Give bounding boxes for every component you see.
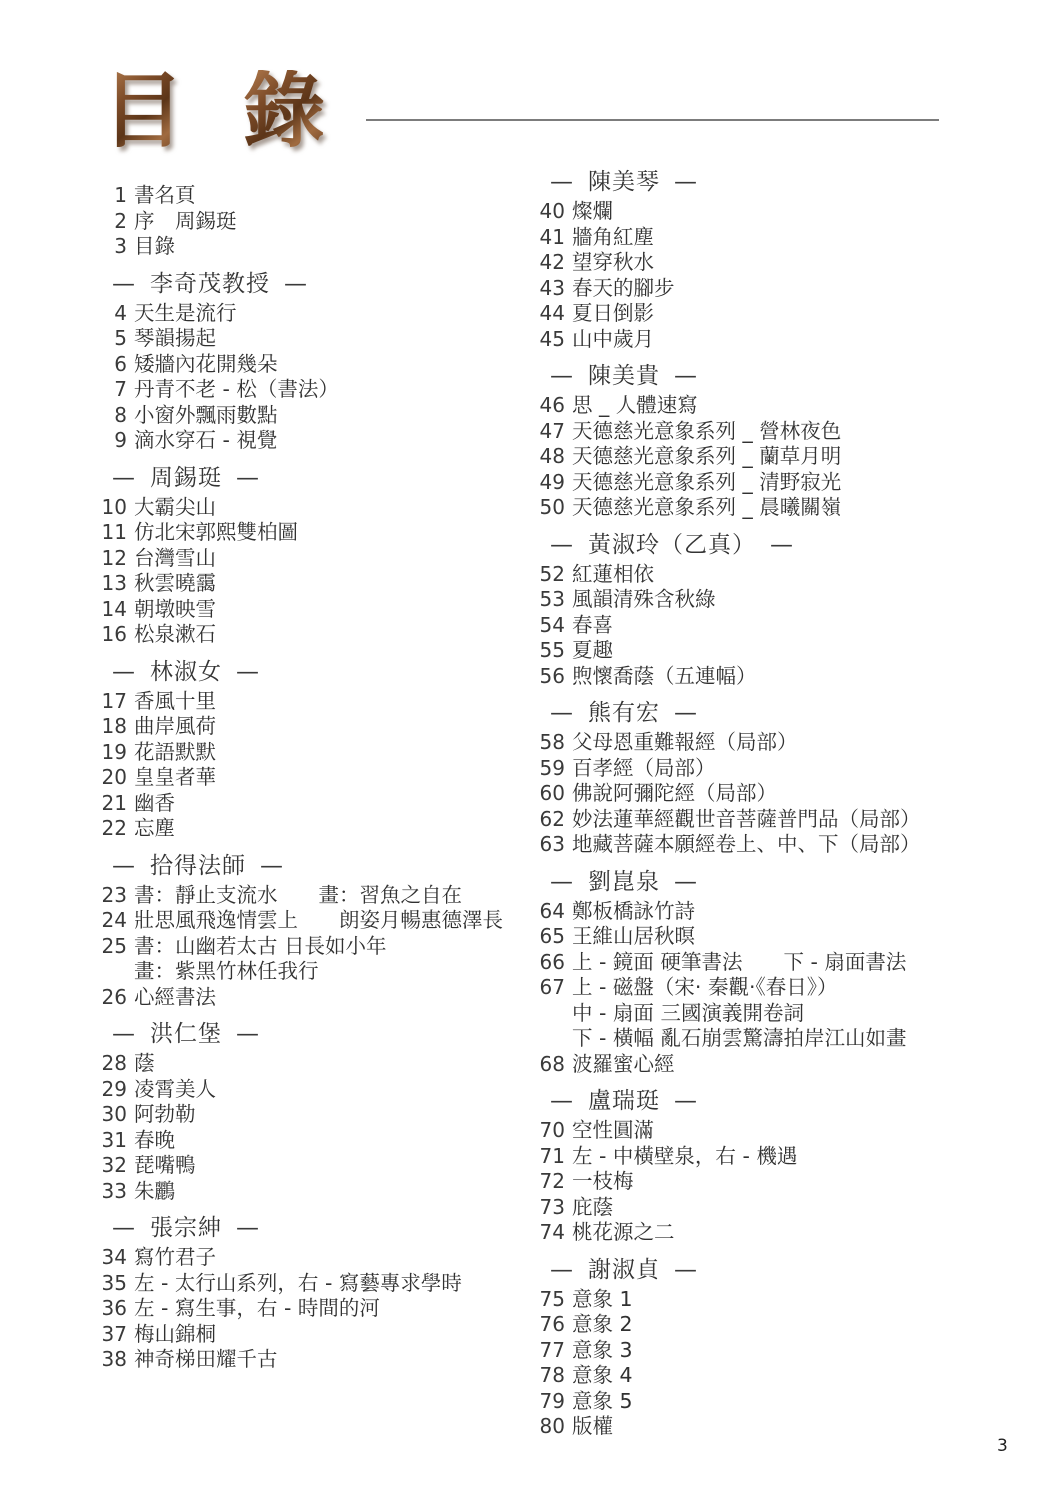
entry-title-line: 意象 4	[572, 1363, 1012, 1389]
toc-entry: 4天生是流行	[100, 301, 548, 327]
toc-entry: 5琴韻揚起	[100, 326, 548, 352]
entry-title-line: 意象 2	[572, 1312, 1012, 1338]
entry-title-line: 意象 3	[572, 1338, 1012, 1364]
entry-page-number: 22	[100, 816, 127, 842]
entry-title: 序 周錫珽	[134, 209, 548, 235]
toc-entry: 16松泉漱石	[100, 622, 548, 648]
entry-title: 琴韻揚起	[134, 326, 548, 352]
entry-page-number: 56	[538, 664, 565, 690]
entry-title: 琵嘴鴨	[134, 1153, 548, 1179]
entry-title: 天德慈光意象系列 _ 清野寂光	[572, 470, 1012, 496]
entry-title: 天生是流行	[134, 301, 548, 327]
entry-title: 台灣雪山	[134, 546, 548, 572]
entry-title-line: 台灣雪山	[134, 546, 548, 572]
entry-title-line: 朝墩映雪	[134, 597, 548, 623]
section-artist-name: 李奇茂教授	[150, 271, 270, 298]
entry-title: 阿勃勒	[134, 1102, 548, 1128]
entry-title: 風韻清殊含秋綠	[572, 587, 1012, 613]
toc-entry: 9滴水穿石 - 視覺	[100, 428, 548, 454]
entry-title-line: 書：山幽若太古 日長如小年	[134, 934, 548, 960]
toc-entry: 38神奇梯田耀千古	[100, 1347, 548, 1373]
title-char-mu: 目	[102, 70, 184, 152]
toc-entry: 41牆角紅塵	[538, 225, 1012, 251]
section-heading: —洪仁堡—	[112, 1021, 548, 1048]
toc-entry: 66上 - 鏡面 硬筆書法 下 - 扇面書法	[538, 950, 1012, 976]
entry-page-number: 2	[100, 209, 127, 235]
entry-title-line: 紅蓮相依	[572, 562, 1012, 588]
entry-title: 丹青不老 - 松（書法）	[134, 377, 548, 403]
entry-page-number: 14	[100, 597, 127, 623]
heading-dash-right: —	[260, 853, 284, 880]
toc-entry: 78意象 4	[538, 1363, 1012, 1389]
section-heading: —謝淑貞—	[550, 1257, 1012, 1284]
section-artist-name: 熊有宏	[588, 700, 660, 727]
entry-page-number: 49	[538, 470, 565, 496]
entry-title: 夏日倒影	[572, 301, 1012, 327]
entry-title-line: 秋雲曉靄	[134, 571, 548, 597]
toc-entry: 2序 周錫珽	[100, 209, 548, 235]
entry-title-line: 中 - 扇面 三國演義開卷詞	[572, 1001, 1012, 1027]
entry-title-line: 曲岸風荷	[134, 714, 548, 740]
entry-page-number: 41	[538, 225, 565, 251]
toc-entry: 33朱鸝	[100, 1179, 548, 1205]
entry-title: 意象 1	[572, 1287, 1012, 1313]
toc-entry: 32琵嘴鴨	[100, 1153, 548, 1179]
entry-title-line: 左 - 太行山系列，右 - 寫藝專求學時	[134, 1271, 548, 1297]
entry-title-line: 琵嘴鴨	[134, 1153, 548, 1179]
entry-title-line: 天德慈光意象系列 _ 清野寂光	[572, 470, 1012, 496]
section-artist-name: 盧瑞珽	[588, 1088, 660, 1115]
entry-page-number: 20	[100, 765, 127, 791]
section-artist-name: 黃淑玲（乙真）	[588, 532, 756, 559]
toc-entry: 18曲岸風荷	[100, 714, 548, 740]
entry-title: 仿北宋郭熙雙柏圖	[134, 520, 548, 546]
entry-page-number: 8	[100, 403, 127, 429]
entry-page-number: 72	[538, 1169, 565, 1195]
toc-entry: 64鄭板橋詠竹詩	[538, 899, 1012, 925]
entry-title-line: 阿勃勒	[134, 1102, 548, 1128]
section-artist-name: 張宗紳	[150, 1215, 222, 1242]
entry-title: 梅山錦桐	[134, 1322, 548, 1348]
section-artist-name: 陳美貴	[588, 363, 660, 390]
toc-entry: 67上 - 磁盤（宋· 秦觀·《春日》）中 - 扇面 三國演義開卷詞下 - 橫幅…	[538, 975, 1012, 1052]
entry-title-line: 朱鸝	[134, 1179, 548, 1205]
section-artist-name: 謝淑貞	[588, 1257, 660, 1284]
section-artist-name: 周錫珽	[150, 465, 222, 492]
toc-entry: 45山中歲月	[538, 327, 1012, 353]
entry-page-number: 66	[538, 950, 565, 976]
entry-title: 矮牆內花開幾朵	[134, 352, 548, 378]
entry-title: 意象 5	[572, 1389, 1012, 1415]
heading-dash-left: —	[550, 869, 574, 896]
entry-page-number: 23	[100, 883, 127, 909]
heading-dash-right: —	[236, 1215, 260, 1242]
entry-title: 版權	[572, 1414, 1012, 1440]
entry-title-line: 波羅蜜心經	[572, 1052, 1012, 1078]
entry-title: 松泉漱石	[134, 622, 548, 648]
heading-dash-right: —	[674, 700, 698, 727]
entry-title: 目錄	[134, 234, 548, 260]
entry-title-line: 書：靜止支流水 畫：習魚之自在	[134, 883, 548, 909]
entry-title-line: 春晚	[134, 1128, 548, 1154]
entry-title: 一枝梅	[572, 1169, 1012, 1195]
toc-entry: 29凌霄美人	[100, 1077, 548, 1103]
entry-title-line: 忘塵	[134, 816, 548, 842]
title-char-lu: 錄	[243, 70, 325, 152]
toc-section: —李奇茂教授—4天生是流行5琴韻揚起6矮牆內花開幾朵7丹青不老 - 松（書法）8…	[100, 271, 548, 454]
entry-title-line: 庇蔭	[572, 1195, 1012, 1221]
entry-title: 壯思風飛逸情雲上 朗姿月暢惠德澤長	[134, 908, 548, 934]
entry-title: 鄭板橋詠竹詩	[572, 899, 1012, 925]
toc-entry: 70空性圓滿	[538, 1118, 1012, 1144]
toc-entry: 52紅蓮相依	[538, 562, 1012, 588]
toc-entry: 7丹青不老 - 松（書法）	[100, 377, 548, 403]
entry-page-number: 80	[538, 1414, 565, 1440]
entry-title: 曲岸風荷	[134, 714, 548, 740]
section-heading: —周錫珽—	[112, 465, 548, 492]
entry-title-line: 書名頁	[134, 183, 548, 209]
entry-page-number: 21	[100, 791, 127, 817]
entry-title: 蔭	[134, 1051, 548, 1077]
entry-page-number: 1	[100, 183, 127, 209]
entry-title: 山中歲月	[572, 327, 1012, 353]
entry-page-number: 78	[538, 1363, 565, 1389]
entry-title-line: 壯思風飛逸情雲上 朗姿月暢惠德澤長	[134, 908, 548, 934]
entry-title-line: 版權	[572, 1414, 1012, 1440]
toc-entry: 10大霸尖山	[100, 495, 548, 521]
toc-entry: 17香風十里	[100, 689, 548, 715]
entry-title: 百孝經（局部）	[572, 756, 1012, 782]
entry-title-line: 皇皇者華	[134, 765, 548, 791]
entry-title: 幽香	[134, 791, 548, 817]
entry-title-line: 風韻清殊含秋綠	[572, 587, 1012, 613]
toc-entry: 14朝墩映雪	[100, 597, 548, 623]
entry-title: 煦懷喬蔭（五連幅）	[572, 664, 1012, 690]
toc-section: —陳美貴—46思 _ 人體速寫47天德慈光意象系列 _ 營林夜色48天德慈光意象…	[538, 363, 1012, 521]
heading-dash-right: —	[674, 169, 698, 196]
entry-title-line: 大霸尖山	[134, 495, 548, 521]
entry-title: 春喜	[572, 613, 1012, 639]
toc-entry: 24壯思風飛逸情雲上 朗姿月暢惠德澤長	[100, 908, 548, 934]
toc-entry: 60佛說阿彌陀經（局部）	[538, 781, 1012, 807]
section-heading: —陳美貴—	[550, 363, 1012, 390]
entry-title-line: 寫竹君子	[134, 1245, 548, 1271]
toc-entry: 48天德慈光意象系列 _ 蘭草月明	[538, 444, 1012, 470]
entry-title: 天德慈光意象系列 _ 蘭草月明	[572, 444, 1012, 470]
entry-page-number: 7	[100, 377, 127, 403]
toc-entry: 76意象 2	[538, 1312, 1012, 1338]
toc-section: —劉崑泉—64鄭板橋詠竹詩65王維山居秋暝66上 - 鏡面 硬筆書法 下 - 扇…	[538, 869, 1012, 1078]
entry-title-line: 梅山錦桐	[134, 1322, 548, 1348]
entry-title-line: 滴水穿石 - 視覺	[134, 428, 548, 454]
entry-title: 春晚	[134, 1128, 548, 1154]
entry-title-line: 一枝梅	[572, 1169, 1012, 1195]
toc-section: —熊有宏—58父母恩重難報經（局部）59百孝經（局部）60佛說阿彌陀經（局部）6…	[538, 700, 1012, 858]
entry-title-line: 意象 5	[572, 1389, 1012, 1415]
section-heading: —拾得法師—	[112, 853, 548, 880]
entry-page-number: 40	[538, 199, 565, 225]
entry-title-line: 小窗外飄雨數點	[134, 403, 548, 429]
entry-title: 上 - 磁盤（宋· 秦觀·《春日》）中 - 扇面 三國演義開卷詞下 - 橫幅 亂…	[572, 975, 1012, 1052]
section-artist-name: 陳美琴	[588, 169, 660, 196]
heading-dash-left: —	[112, 1021, 136, 1048]
entry-page-number: 18	[100, 714, 127, 740]
entry-page-number: 19	[100, 740, 127, 766]
entry-page-number: 59	[538, 756, 565, 782]
entry-title: 意象 4	[572, 1363, 1012, 1389]
toc-section: —洪仁堡—28蔭29凌霄美人30阿勃勒31春晚32琵嘴鴨33朱鸝	[100, 1021, 548, 1204]
entry-title: 皇皇者華	[134, 765, 548, 791]
toc-column-right: —陳美琴—40燦爛41牆角紅塵42望穿秋水43春天的腳步44夏日倒影45山中歲月…	[538, 158, 1012, 1440]
entry-title: 左 - 寫生事，右 - 時間的河	[134, 1296, 548, 1322]
entry-title-line: 王維山居秋暝	[572, 924, 1012, 950]
entry-page-number: 73	[538, 1195, 565, 1221]
entry-title: 春天的腳步	[572, 276, 1012, 302]
toc-entry: 43春天的腳步	[538, 276, 1012, 302]
entry-page-number: 11	[100, 520, 127, 546]
entry-page-number: 36	[100, 1296, 127, 1322]
section-heading: —盧瑞珽—	[550, 1088, 1012, 1115]
entry-title-line: 仿北宋郭熙雙柏圖	[134, 520, 548, 546]
heading-dash-right: —	[284, 271, 308, 298]
toc-section: —林淑女—17香風十里18曲岸風荷19花語默默20皇皇者華21幽香22忘塵	[100, 659, 548, 842]
entry-title: 滴水穿石 - 視覺	[134, 428, 548, 454]
entry-title: 上 - 鏡面 硬筆書法 下 - 扇面書法	[572, 950, 1012, 976]
entry-title-line: 春喜	[572, 613, 1012, 639]
entry-title-line: 山中歲月	[572, 327, 1012, 353]
entry-title: 小窗外飄雨數點	[134, 403, 548, 429]
toc-section: —黃淑玲（乙真）—52紅蓮相依53風韻清殊含秋綠54春喜55夏趣56煦懷喬蔭（五…	[538, 532, 1012, 690]
toc-entry: 1書名頁	[100, 183, 548, 209]
entry-page-number: 53	[538, 587, 565, 613]
toc-entry: 54春喜	[538, 613, 1012, 639]
entry-title-line: 花語默默	[134, 740, 548, 766]
entry-title: 心經書法	[134, 985, 548, 1011]
entry-title-line: 矮牆內花開幾朵	[134, 352, 548, 378]
entry-page-number: 74	[538, 1220, 565, 1246]
section-heading: —黃淑玲（乙真）—	[550, 532, 1012, 559]
section-artist-name: 拾得法師	[150, 853, 246, 880]
entry-page-number: 55	[538, 638, 565, 664]
entry-title-line: 百孝經（局部）	[572, 756, 1012, 782]
toc-entry: 44夏日倒影	[538, 301, 1012, 327]
toc-entry: 77意象 3	[538, 1338, 1012, 1364]
entry-page-number: 3	[100, 234, 127, 260]
section-artist-name: 洪仁堡	[150, 1021, 222, 1048]
entry-title: 天德慈光意象系列 _ 營林夜色	[572, 419, 1012, 445]
entry-page-number: 76	[538, 1312, 565, 1338]
entry-page-number: 46	[538, 393, 565, 419]
toc-entry: 25書：山幽若太古 日長如小年畫：紫黑竹林任我行	[100, 934, 548, 985]
entry-page-number: 13	[100, 571, 127, 597]
toc-section: —陳美琴—40燦爛41牆角紅塵42望穿秋水43春天的腳步44夏日倒影45山中歲月	[538, 169, 1012, 352]
heading-dash-left: —	[112, 271, 136, 298]
entry-title-line: 左 - 中橫壁泉，右 - 機遇	[572, 1144, 1012, 1170]
entry-page-number: 70	[538, 1118, 565, 1144]
entry-page-number: 77	[538, 1338, 565, 1364]
section-heading: —劉崑泉—	[550, 869, 1012, 896]
toc-entry: 11仿北宋郭熙雙柏圖	[100, 520, 548, 546]
entry-page-number: 16	[100, 622, 127, 648]
toc-entry: 3目錄	[100, 234, 548, 260]
entry-page-number: 63	[538, 832, 565, 858]
entry-page-number: 52	[538, 562, 565, 588]
toc-entry: 28蔭	[100, 1051, 548, 1077]
entry-title-line: 凌霄美人	[134, 1077, 548, 1103]
toc-entry: 47天德慈光意象系列 _ 營林夜色	[538, 419, 1012, 445]
entry-title-line: 煦懷喬蔭（五連幅）	[572, 664, 1012, 690]
entry-page-number: 37	[100, 1322, 127, 1348]
entry-page-number: 4	[100, 301, 127, 327]
entry-page-number: 10	[100, 495, 127, 521]
entry-title-line: 地藏菩薩本願經卷上、中、下（局部）	[572, 832, 1012, 858]
entry-page-number: 65	[538, 924, 565, 950]
section-artist-name: 林淑女	[150, 659, 222, 686]
toc-entry: 65王維山居秋暝	[538, 924, 1012, 950]
heading-dash-left: —	[112, 853, 136, 880]
entry-title: 牆角紅塵	[572, 225, 1012, 251]
entry-title: 意象 2	[572, 1312, 1012, 1338]
entry-title: 香風十里	[134, 689, 548, 715]
heading-dash-right: —	[236, 659, 260, 686]
heading-dash-left: —	[550, 1088, 574, 1115]
entry-title: 紅蓮相依	[572, 562, 1012, 588]
entry-title-line: 天德慈光意象系列 _ 蘭草月明	[572, 444, 1012, 470]
entry-page-number: 44	[538, 301, 565, 327]
entry-page-number: 50	[538, 495, 565, 521]
entry-title: 父母恩重難報經（局部）	[572, 730, 1012, 756]
toc-entry: 12台灣雪山	[100, 546, 548, 572]
heading-dash-right: —	[674, 1257, 698, 1284]
heading-dash-left: —	[550, 363, 574, 390]
toc-entry: 68波羅蜜心經	[538, 1052, 1012, 1078]
entry-title-line: 春天的腳步	[572, 276, 1012, 302]
toc-entry: 53風韻清殊含秋綠	[538, 587, 1012, 613]
title-rule	[366, 119, 939, 121]
heading-dash-left: —	[112, 1215, 136, 1242]
entry-title: 庇蔭	[572, 1195, 1012, 1221]
entry-title-line: 桃花源之二	[572, 1220, 1012, 1246]
entry-title-line: 蔭	[134, 1051, 548, 1077]
toc-entry: 49天德慈光意象系列 _ 清野寂光	[538, 470, 1012, 496]
toc-entry: 35左 - 太行山系列，右 - 寫藝專求學時	[100, 1271, 548, 1297]
toc-entry: 59百孝經（局部）	[538, 756, 1012, 782]
toc-section: —張宗紳—34寫竹君子35左 - 太行山系列，右 - 寫藝專求學時36左 - 寫…	[100, 1215, 548, 1373]
heading-dash-left: —	[550, 169, 574, 196]
toc-entry: 75意象 1	[538, 1287, 1012, 1313]
entry-page-number: 24	[100, 908, 127, 934]
entry-page-number: 62	[538, 807, 565, 833]
toc-entry: 71左 - 中橫壁泉，右 - 機遇	[538, 1144, 1012, 1170]
entry-page-number: 43	[538, 276, 565, 302]
entry-page-number: 48	[538, 444, 565, 470]
entry-page-number: 67	[538, 975, 565, 1001]
entry-title-line: 丹青不老 - 松（書法）	[134, 377, 548, 403]
entry-title: 燦爛	[572, 199, 1012, 225]
entry-title-line: 下 - 橫幅 亂石崩雲驚濤拍岸江山如畫	[572, 1026, 1012, 1052]
entry-page-number: 54	[538, 613, 565, 639]
toc-entry: 56煦懷喬蔭（五連幅）	[538, 664, 1012, 690]
toc-entry: 34寫竹君子	[100, 1245, 548, 1271]
entry-title: 波羅蜜心經	[572, 1052, 1012, 1078]
toc-entry: 42望穿秋水	[538, 250, 1012, 276]
entry-title-line: 琴韻揚起	[134, 326, 548, 352]
section-heading: —陳美琴—	[550, 169, 1012, 196]
entry-title: 書：山幽若太古 日長如小年畫：紫黑竹林任我行	[134, 934, 548, 985]
entry-title-line: 燦爛	[572, 199, 1012, 225]
section-artist-name: 劉崑泉	[588, 869, 660, 896]
entry-page-number: 64	[538, 899, 565, 925]
entry-title: 思 _ 人體速寫	[572, 393, 1012, 419]
entry-title-line: 空性圓滿	[572, 1118, 1012, 1144]
heading-dash-left: —	[550, 700, 574, 727]
entry-title-line: 夏趣	[572, 638, 1012, 664]
toc-column-left: 1書名頁2序 周錫珽3目錄—李奇茂教授—4天生是流行5琴韻揚起6矮牆內花開幾朵7…	[100, 183, 548, 1373]
heading-dash-right: —	[236, 1021, 260, 1048]
toc-page: 目 錄 1書名頁2序 周錫珽3目錄—李奇茂教授—4天生是流行5琴韻揚起6矮牆內花…	[0, 0, 1050, 1485]
entry-title: 空性圓滿	[572, 1118, 1012, 1144]
entry-title: 意象 3	[572, 1338, 1012, 1364]
toc-entry: 6矮牆內花開幾朵	[100, 352, 548, 378]
entry-title: 夏趣	[572, 638, 1012, 664]
entry-title-line: 鄭板橋詠竹詩	[572, 899, 1012, 925]
entry-title: 佛說阿彌陀經（局部）	[572, 781, 1012, 807]
toc-entry: 8小窗外飄雨數點	[100, 403, 548, 429]
entry-title: 神奇梯田耀千古	[134, 1347, 548, 1373]
toc-entry: 20皇皇者華	[100, 765, 548, 791]
entry-title-line: 妙法蓮華經觀世音菩薩普門品（局部）	[572, 807, 1012, 833]
entry-title-line: 夏日倒影	[572, 301, 1012, 327]
entry-title-line: 天生是流行	[134, 301, 548, 327]
entry-title: 左 - 太行山系列，右 - 寫藝專求學時	[134, 1271, 548, 1297]
heading-dash-right: —	[236, 465, 260, 492]
entry-page-number: 28	[100, 1051, 127, 1077]
entry-page-number: 47	[538, 419, 565, 445]
heading-dash-left: —	[112, 465, 136, 492]
toc-entry: 50天德慈光意象系列 _ 晨曦關嶺	[538, 495, 1012, 521]
entry-title-line: 上 - 鏡面 硬筆書法 下 - 扇面書法	[572, 950, 1012, 976]
toc-entry: 30阿勃勒	[100, 1102, 548, 1128]
entry-title: 大霸尖山	[134, 495, 548, 521]
entry-title-line: 目錄	[134, 234, 548, 260]
entry-page-number: 75	[538, 1287, 565, 1313]
entry-page-number: 45	[538, 327, 565, 353]
entry-title-line: 左 - 寫生事，右 - 時間的河	[134, 1296, 548, 1322]
toc-entry: 36左 - 寫生事，右 - 時間的河	[100, 1296, 548, 1322]
entry-title-line: 松泉漱石	[134, 622, 548, 648]
entry-title-line: 神奇梯田耀千古	[134, 1347, 548, 1373]
entry-title: 書：靜止支流水 畫：習魚之自在	[134, 883, 548, 909]
entry-page-number: 29	[100, 1077, 127, 1103]
entry-title: 朱鸝	[134, 1179, 548, 1205]
toc-entry: 79意象 5	[538, 1389, 1012, 1415]
toc-entry: 23書：靜止支流水 畫：習魚之自在	[100, 883, 548, 909]
entry-page-number: 5	[100, 326, 127, 352]
toc-entry: 37梅山錦桐	[100, 1322, 548, 1348]
entry-page-number: 35	[100, 1271, 127, 1297]
entry-page-number: 25	[100, 934, 127, 960]
entry-title: 妙法蓮華經觀世音菩薩普門品（局部）	[572, 807, 1012, 833]
entry-page-number: 32	[100, 1153, 127, 1179]
entry-title-line: 天德慈光意象系列 _ 晨曦關嶺	[572, 495, 1012, 521]
toc-entry: 62妙法蓮華經觀世音菩薩普門品（局部）	[538, 807, 1012, 833]
section-heading: —張宗紳—	[112, 1215, 548, 1242]
page-number: 3	[997, 1436, 1008, 1456]
entry-page-number: 68	[538, 1052, 565, 1078]
entry-title: 寫竹君子	[134, 1245, 548, 1271]
toc-entry: 58父母恩重難報經（局部）	[538, 730, 1012, 756]
toc-entry: 74桃花源之二	[538, 1220, 1012, 1246]
